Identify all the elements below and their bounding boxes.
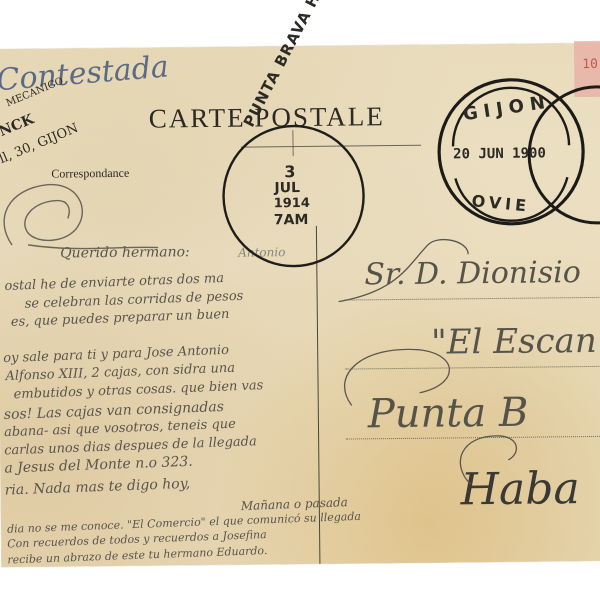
address-line-3: Punta B: [368, 390, 529, 438]
address-line-1: Sr. D. Dionisio: [364, 255, 581, 292]
sender-name: NCK: [0, 111, 36, 140]
punta-brava-year: 1914: [274, 196, 310, 211]
letter-place: Antonio: [238, 246, 285, 258]
letter-line: ria. Nada mas te digo hoy,: [4, 477, 190, 498]
gijon-ring-bottom: OVIE: [471, 191, 531, 215]
letter-line: Mañana o pasada: [241, 496, 348, 512]
stamp-value: 10: [582, 57, 598, 72]
postage-stamp: 10: [574, 41, 600, 97]
letter-line: a Jesus del Monte n.o 323.: [4, 455, 193, 476]
correspondance-label: Correspondance: [51, 166, 129, 182]
punta-brava-time: 7AM: [274, 212, 309, 228]
letter-greeting: Querido hermano:: [60, 245, 190, 260]
address-rule-2: [345, 366, 600, 370]
address-line-4: Haba: [460, 463, 580, 515]
greeting-flourish: [4, 183, 158, 249]
postcard: Contestada MECANICO NCK ll, 30, GIJON CA…: [0, 43, 600, 567]
gijon-ring-top: GIJON: [462, 91, 553, 125]
letter-line: embutidos y otras cosas. que bien vas: [13, 379, 263, 401]
address-rule-1: [345, 297, 600, 301]
punta-brava-month: JUL: [274, 180, 300, 196]
address-line-2: "El Escan: [431, 321, 597, 363]
gijon-date: 20 JUN 1900: [453, 145, 546, 162]
title-rule: [241, 145, 421, 148]
punta-brava-day: 3: [284, 162, 295, 181]
